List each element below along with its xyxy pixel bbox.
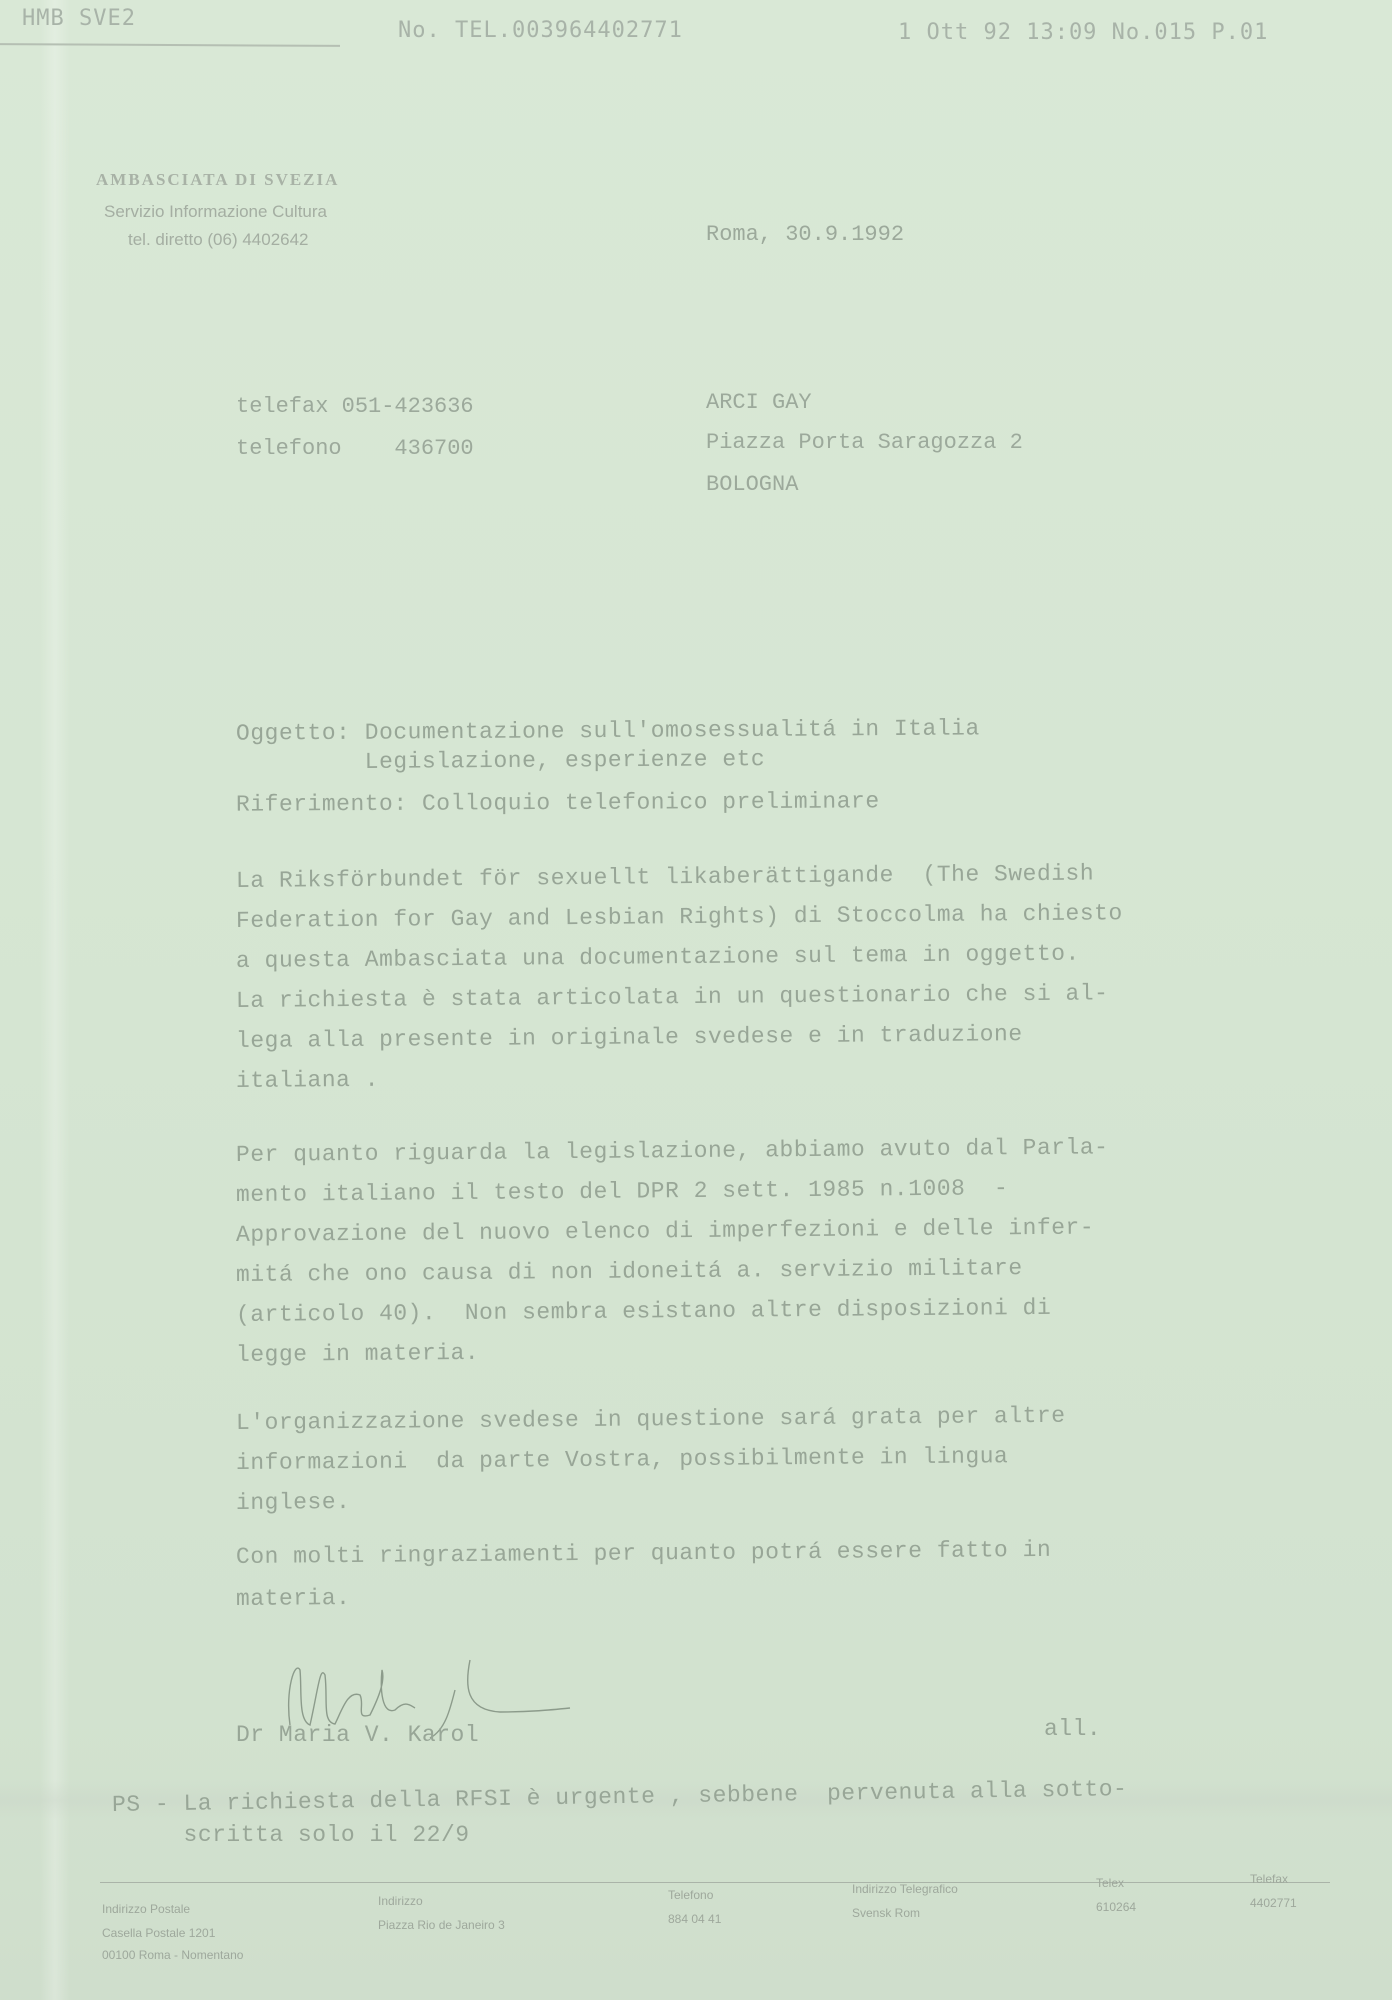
body-line: Approvazione del nuovo elenco di imperfe… bbox=[236, 1215, 1094, 1248]
body-line: materia. bbox=[236, 1585, 351, 1612]
recipient-name: ARCI GAY bbox=[706, 390, 812, 415]
fax-sender-id: HMB SVE2 bbox=[22, 6, 136, 31]
body-line: La richiesta è stata articolata in un qu… bbox=[236, 980, 1109, 1014]
footer-value: Casella Postale 1201 bbox=[102, 1926, 215, 1940]
footer-label: Indirizzo Telegrafico bbox=[852, 1882, 958, 1896]
body-line: mento italiano il testo del DPR 2 sett. … bbox=[236, 1175, 1009, 1208]
place-date: Roma, 30.9.1992 bbox=[706, 222, 904, 247]
body-line: Federation for Gay and Lesbian Rights) d… bbox=[236, 900, 1123, 934]
body-line: mitá che ono causa di non idoneitá a. se… bbox=[236, 1255, 1023, 1288]
recipient-fax: telefax 051-423636 bbox=[236, 394, 474, 419]
footer-value: 610264 bbox=[1096, 1900, 1136, 1914]
letterhead-title: AMBASCIATA DI SVEZIA bbox=[96, 170, 339, 190]
footer-label: Telex bbox=[1096, 1876, 1124, 1890]
footer-label: Telefono bbox=[668, 1888, 713, 1902]
body-line: La Riksförbundet för sexuellt likaberätt… bbox=[236, 861, 1094, 894]
footer-value: Piazza Rio de Janeiro 3 bbox=[378, 1918, 505, 1932]
subject-line-2: Legislazione, esperienze etc bbox=[236, 746, 765, 776]
body-line: italiana . bbox=[236, 1067, 379, 1094]
footer-label: Indirizzo Postale bbox=[102, 1902, 190, 1916]
footer-value: 00100 Roma - Nomentano bbox=[102, 1948, 243, 1962]
subject-line: Oggetto: Documentazione sull'omosessuali… bbox=[236, 715, 980, 746]
body-line: legge in materia. bbox=[236, 1340, 479, 1368]
fax-timestamp: 1 Ott 92 13:09 No.015 P.01 bbox=[898, 20, 1268, 45]
footer-value: 4402771 bbox=[1250, 1896, 1297, 1910]
body-line: L'organizzazione svedese in questione sa… bbox=[236, 1403, 1066, 1436]
footer-label: Indirizzo bbox=[378, 1894, 423, 1908]
postscript-line-2: scritta solo il 22/9 bbox=[112, 1822, 470, 1848]
signatory-name: Dr Maria V. Karol bbox=[236, 1722, 479, 1748]
recipient-city: BOLOGNA bbox=[706, 472, 798, 497]
recipient-street: Piazza Porta Saragozza 2 bbox=[706, 430, 1023, 455]
fax-number: No. TEL.003964402771 bbox=[398, 18, 683, 43]
paper-crease bbox=[40, 0, 70, 2000]
body-line: lega alla presente in originale svedese … bbox=[236, 1021, 1023, 1054]
recipient-phone: telefono 436700 bbox=[236, 436, 474, 461]
footer-value: Svensk Rom bbox=[852, 1906, 920, 1920]
footer-rule bbox=[100, 1882, 1330, 1883]
body-line: informazioni da parte Vostra, possibilme… bbox=[236, 1443, 1009, 1476]
footer-value: 884 04 41 bbox=[668, 1912, 721, 1926]
letterhead-phone: tel. diretto (06) 4402642 bbox=[128, 230, 309, 250]
body-line: Con molti ringraziamenti per quanto potr… bbox=[236, 1537, 1051, 1570]
body-line: inglese. bbox=[236, 1489, 351, 1516]
letterhead-department: Servizio Informazione Cultura bbox=[104, 202, 327, 222]
body-line: Per quanto riguarda la legislazione, abb… bbox=[236, 1134, 1109, 1168]
reference-line: Riferimento: Colloquio telefonico prelim… bbox=[236, 788, 880, 817]
body-line: (articolo 40). Non sembra esistano altre… bbox=[236, 1295, 1051, 1328]
body-line: a questa Ambasciata una documentazione s… bbox=[236, 941, 1080, 974]
footer-label: Telefax bbox=[1250, 1872, 1288, 1886]
enclosure-note: all. bbox=[1044, 1716, 1101, 1742]
